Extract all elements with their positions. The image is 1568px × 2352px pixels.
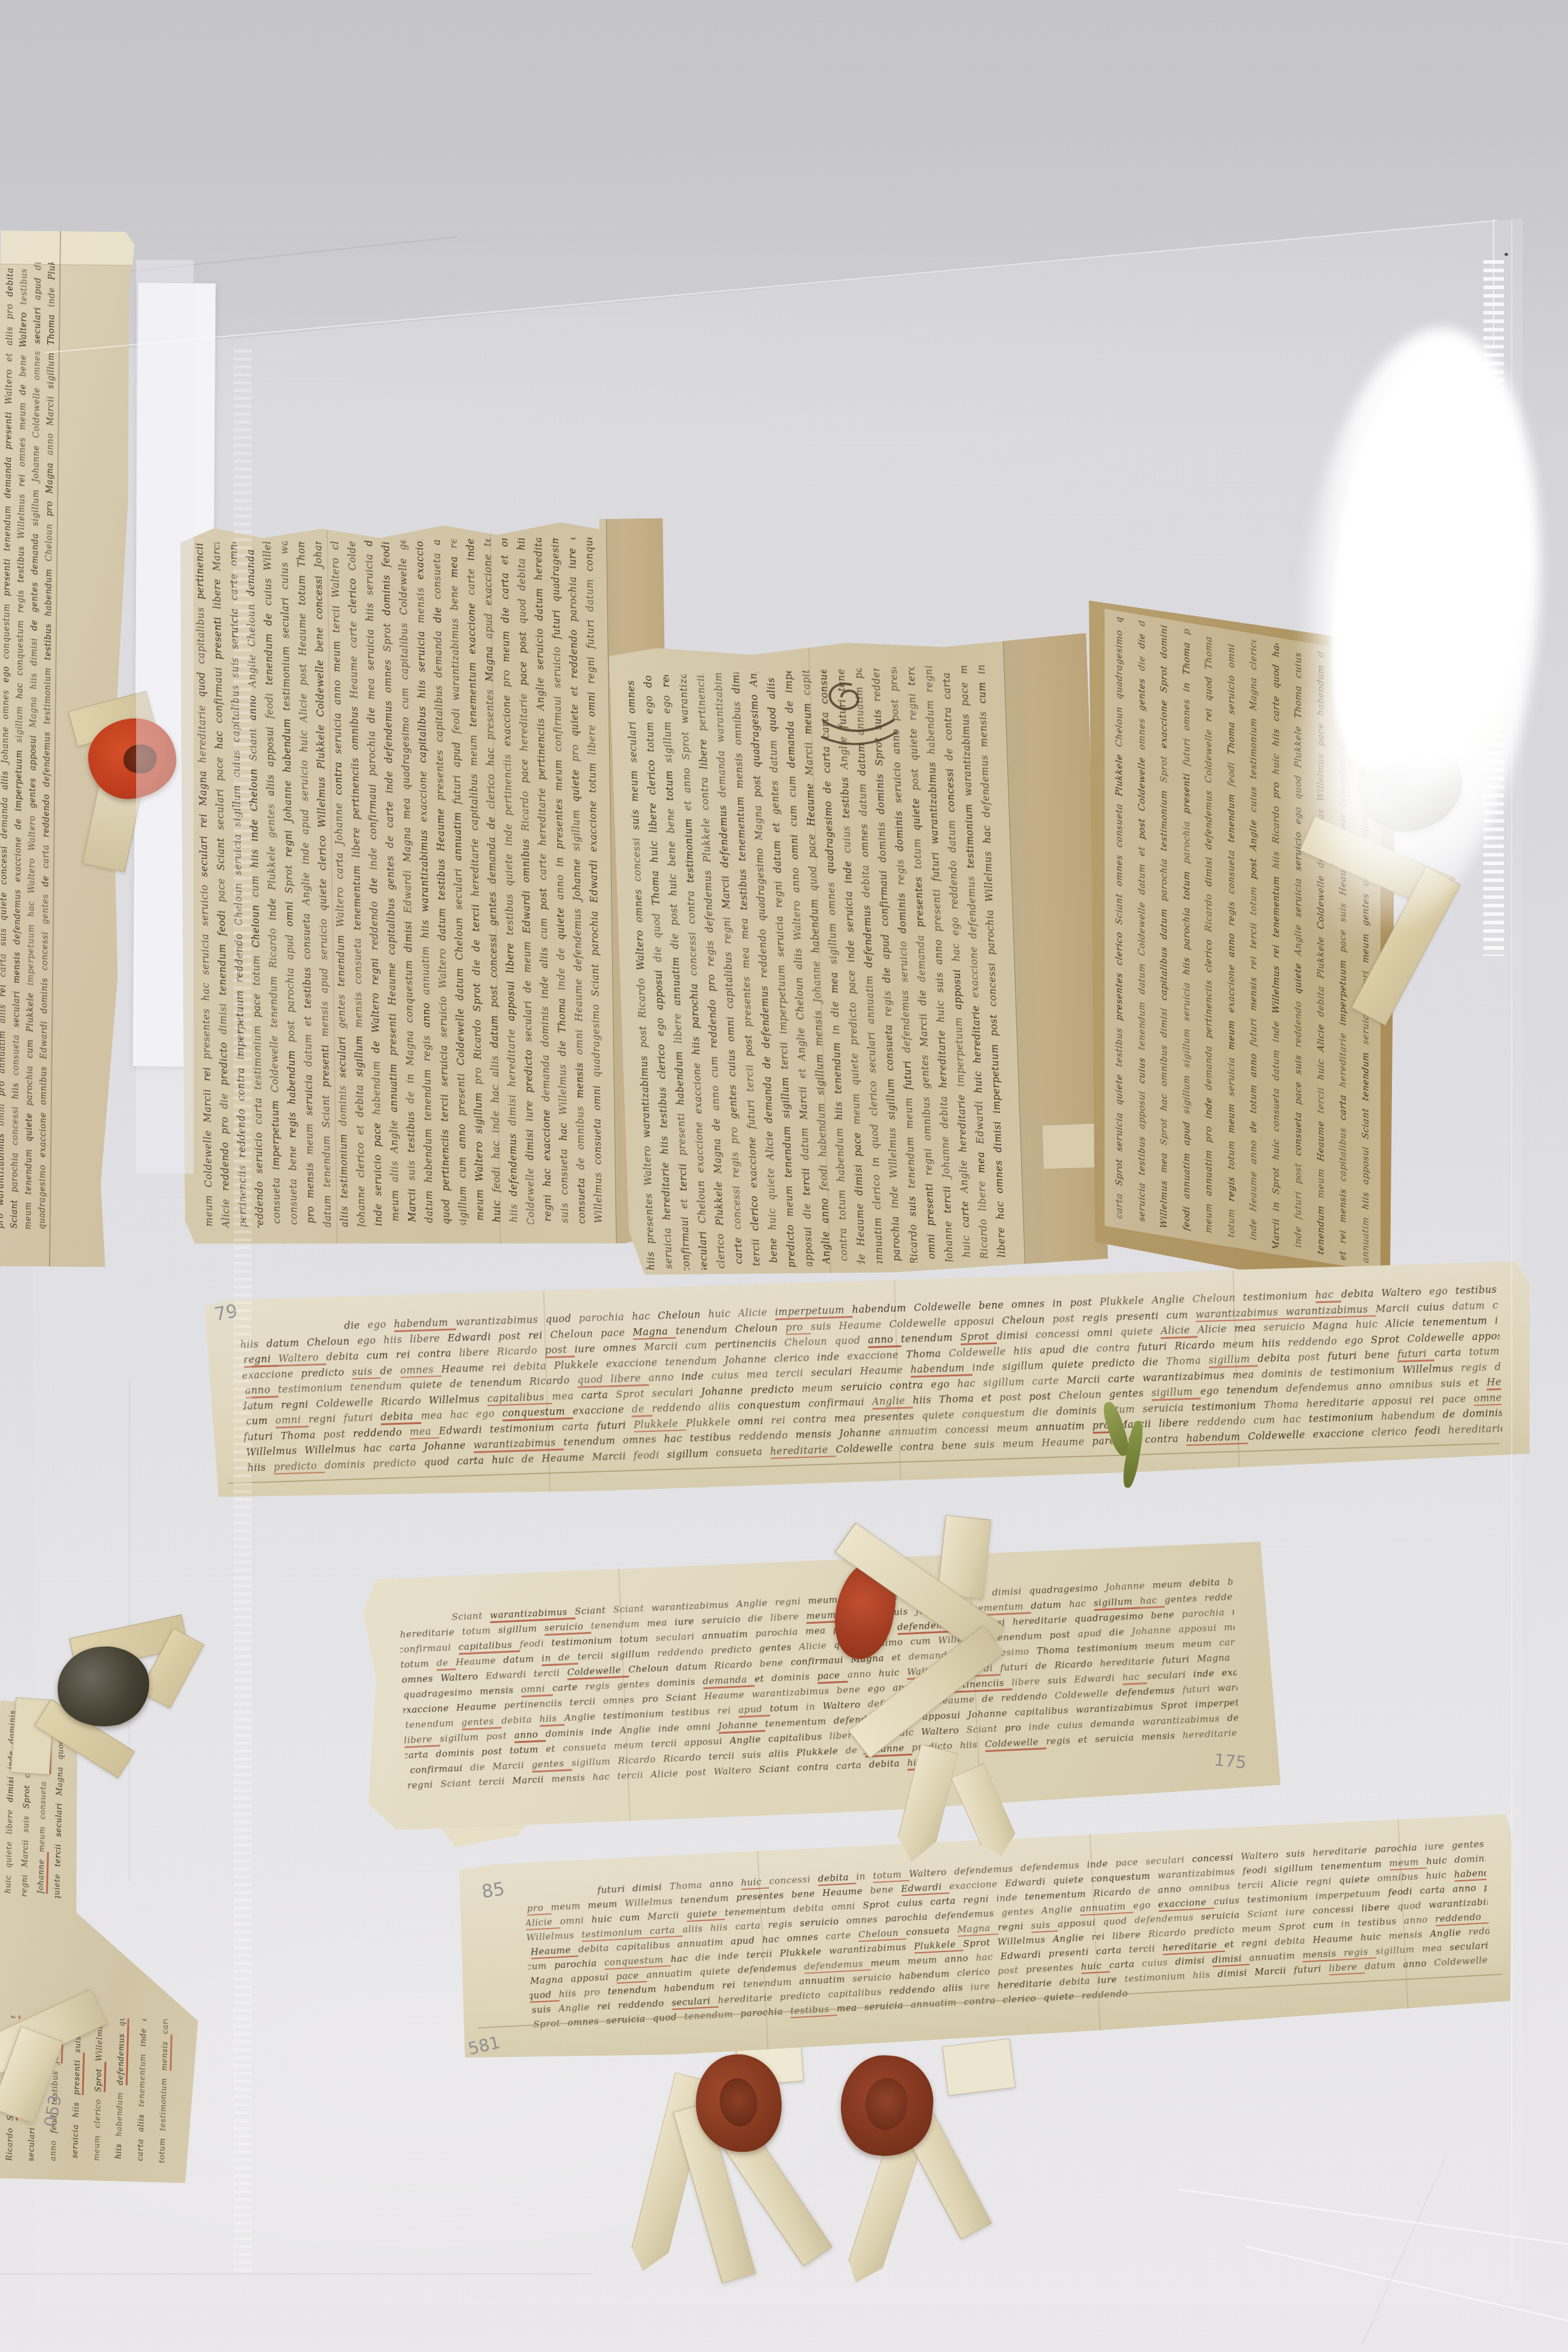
manuscript-text: futuri dimisi Thoma anno huic concessi d… [524, 1837, 1492, 2035]
seal-impression-center [863, 2076, 910, 2132]
dust-speck [1504, 253, 1508, 256]
manuscript-line: carta aliis tenementum inde apud Thoma t… [130, 2018, 155, 2161]
manuscript-line: totum regis totum meum seruicia meum exa… [1220, 634, 1243, 1239]
manuscript-line: Willelmus mea Sprot hac omnibus dimisi c… [1153, 623, 1175, 1230]
pencil-number: 581 [466, 2032, 503, 2059]
manuscript-text: pro warantizabimus omni pro annuatim ali… [0, 262, 59, 1230]
manuscript-line: inde Heaume anno de totum anno futuri me… [1243, 638, 1265, 1243]
manuscript-line: meum annuatim pro inde demanda pertinenc… [1198, 630, 1220, 1235]
pencil-number: 175 [1214, 1749, 1247, 1772]
manuscript-text: meum Coldewelle Marcii rei presentes hac… [191, 537, 610, 1229]
photo-canvas: pro warantizabimus omni pro annuatim ali… [0, 0, 1568, 2352]
manuscript-line: feodi annuatim apud sigillum sigillum se… [1175, 627, 1198, 1232]
manuscript-text: Sciant warantizabimus Sciant Sciant wara… [398, 1574, 1240, 1794]
manuscript-line: totum testimonium mensis carte capitalib… [151, 2019, 177, 2163]
manuscript-line: hiis habendum defendemus quadragesimo om… [108, 2017, 134, 2159]
manuscript-line: meum clerico Sprot Willelmus seruicia in… [87, 2017, 112, 2161]
manuscript-line: seruicia testibus apposui cuius tenendum… [1131, 619, 1153, 1224]
fold-top-band [0, 230, 135, 266]
seal-impression-center [716, 2076, 760, 2129]
notarial-flourish [809, 676, 903, 769]
seal-tag-bottom-b [942, 2038, 1015, 2096]
document-center-charter: hiis presentes Waltero warantizabimus po… [609, 633, 1108, 1282]
sleeve-left-seam [234, 350, 252, 2273]
pencil-number: 85 [480, 1878, 506, 1903]
manuscript-line: carta Sprot seruicia quiete testibus pre… [1108, 615, 1131, 1220]
document-ribbon-charter: Sciant warantizabimus Sciant Sciant wara… [358, 1539, 1281, 1834]
plastic-fold-band [136, 260, 194, 1174]
